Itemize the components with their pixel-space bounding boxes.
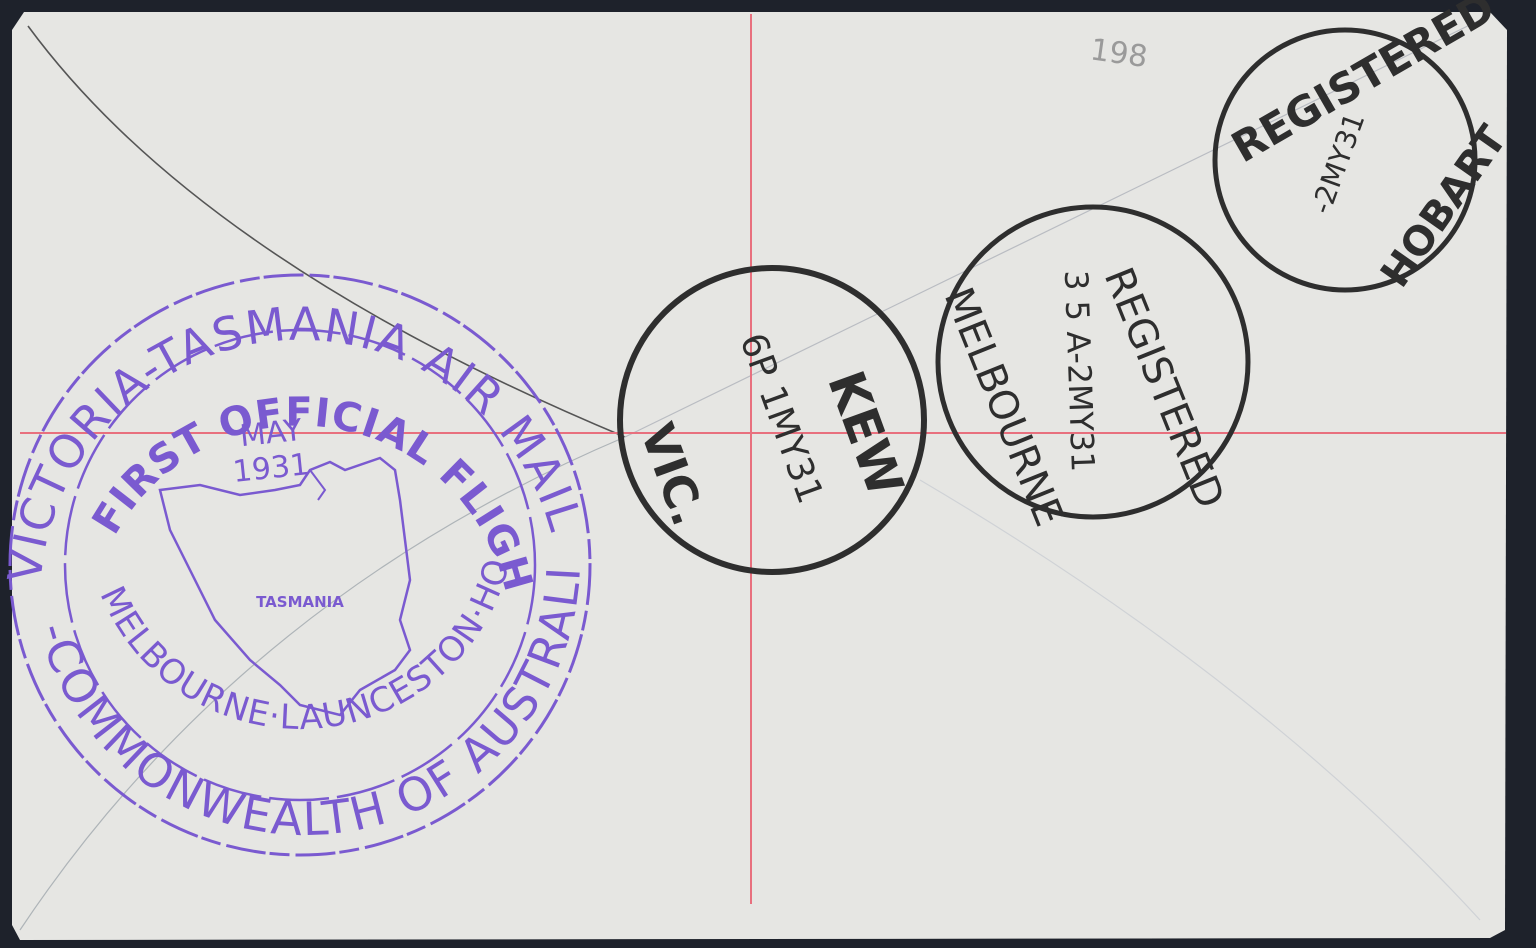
cachet-map-label: TASMANIA xyxy=(256,593,344,611)
postmark-melbourne-date: 3 5 A-2MY31 xyxy=(1057,269,1102,472)
envelope-photo: 198 VICTORIA-TASMANIA AIR MAIL -COMMONWE… xyxy=(0,0,1536,948)
